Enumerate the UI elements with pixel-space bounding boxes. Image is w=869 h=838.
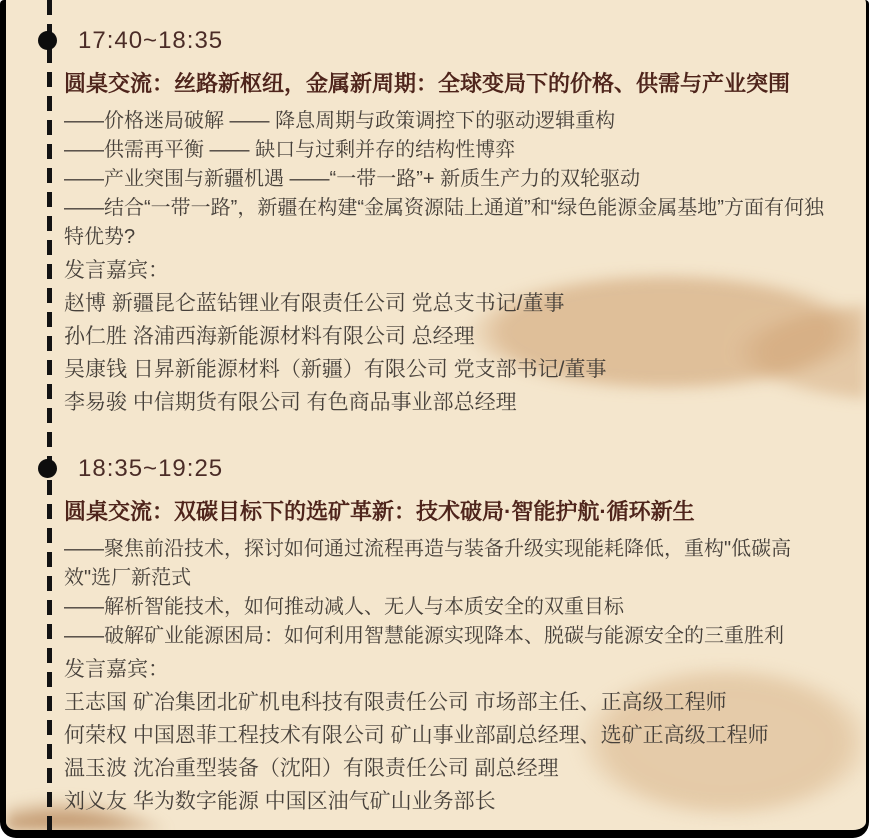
topic-line: ——聚焦前沿技术，探讨如何通过流程再造与装备升级实现能耗降低，重构"低碳高效"选… [64, 535, 838, 593]
session-topics: ——价格迷局破解 —— 降息周期与政策调控下的驱动逻辑重构 ——供需再平衡 ——… [64, 107, 838, 252]
topic-line: ——供需再平衡 —— 缺口与过剩并存的结构性博弈 [64, 136, 838, 165]
session-title: 圆桌交流：双碳目标下的选矿革新：技术破局·智能护航·循环新生 [64, 497, 838, 527]
session-time: 17:40~18:35 [64, 26, 838, 56]
topic-line: ——结合“一带一路”，新疆在构建“金属资源陆上通道”和“绿色能源金属基地”方面有… [64, 194, 838, 252]
speaker-row: 吴康钱 日昇新能源材料（新疆）有限公司 党支部书记/董事 [64, 353, 838, 386]
topic-line: ——解析智能技术，如何推动减人、无人与本质安全的双重目标 [64, 593, 838, 622]
speaker-row: 李易骏 中信期货有限公司 有色商品事业部总经理 [64, 386, 838, 419]
topic-line: ——价格迷局破解 —— 降息周期与政策调控下的驱动逻辑重构 [64, 107, 838, 136]
session-title: 圆桌交流：丝路新枢纽，金属新周期：全球变局下的价格、供需与产业突围 [64, 69, 838, 99]
timeline-bullet-icon [38, 31, 57, 50]
speakers-label: 发言嘉宾： [64, 653, 838, 686]
agenda-card: 17:40~18:35 圆桌交流：丝路新枢纽，金属新周期：全球变局下的价格、供需… [0, 0, 869, 838]
session-time: 18:35~19:25 [64, 454, 838, 484]
speakers-list: 王志国 矿冶集团北矿机电科技有限责任公司 市场部主任、正高级工程师 何荣权 中国… [64, 686, 838, 818]
session-1: 17:40~18:35 圆桌交流：丝路新枢纽，金属新周期：全球变局下的价格、供需… [64, 26, 838, 419]
speaker-row: 刘义友 华为数字能源 中国区油气矿山业务部长 [64, 785, 838, 818]
speaker-row: 王志国 矿冶集团北矿机电科技有限责任公司 市场部主任、正高级工程师 [64, 686, 838, 719]
topic-line: ——产业突围与新疆机遇 ——“一带一路”+ 新质生产力的双轮驱动 [64, 165, 838, 194]
session-topics: ——聚焦前沿技术，探讨如何通过流程再造与装备升级实现能耗降低，重构"低碳高效"选… [64, 535, 838, 651]
speaker-row: 何荣权 中国恩菲工程技术有限公司 矿山事业部副总经理、选矿正高级工程师 [64, 719, 838, 752]
speakers-list: 赵博 新疆昆仑蓝钻锂业有限责任公司 党总支书记/董事 孙仁胜 洛浦西海新能源材料… [64, 287, 838, 419]
speaker-row: 孙仁胜 洛浦西海新能源材料有限公司 总经理 [64, 320, 838, 353]
timeline-bullet-icon [38, 459, 57, 478]
speaker-row: 温玉波 沈冶重型装备（沈阳）有限责任公司 副总经理 [64, 752, 838, 785]
agenda-content: 17:40~18:35 圆桌交流：丝路新枢纽，金属新周期：全球变局下的价格、供需… [6, 0, 866, 818]
topic-line: ——破解矿业能源困局：如何利用智慧能源实现降本、脱碳与能源安全的三重胜利 [64, 622, 838, 651]
speaker-row: 赵博 新疆昆仑蓝钻锂业有限责任公司 党总支书记/董事 [64, 287, 838, 320]
speakers-label: 发言嘉宾： [64, 254, 838, 287]
session-2: 18:35~19:25 圆桌交流：双碳目标下的选矿革新：技术破局·智能护航·循环… [64, 454, 838, 818]
